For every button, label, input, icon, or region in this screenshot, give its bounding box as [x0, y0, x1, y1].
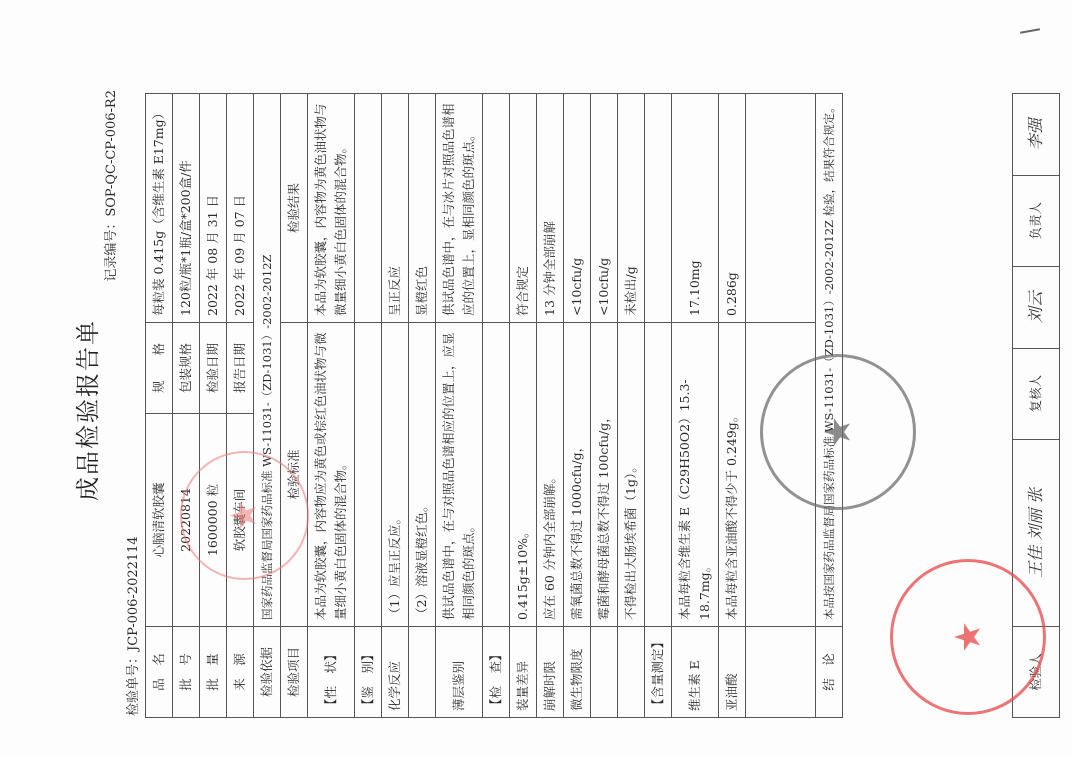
standard-microbial-3: 不得检出大肠埃希菌（1g）。: [618, 323, 645, 627]
col-header-result: 检验结果: [281, 94, 308, 323]
label-reviewer: 复核人: [1013, 348, 1060, 439]
result-vitamin-e: 17.10mg: [672, 94, 719, 323]
inspection-report-page: 成品检验报告单 记录编号：SOP-QC-CP-006-R2 检验单号：JCP-0…: [60, 90, 1060, 730]
value-batch-no: 20220814: [173, 414, 200, 627]
row-appearance: 【性 状】 本品为软胶囊，内容物应为黄色或棕红色油状物与微量细小黄白色固体的混合…: [308, 94, 355, 718]
label-batch-qty: 批 量: [200, 627, 227, 718]
result-microbial-1: <10cfu/g: [564, 94, 591, 323]
result-chem-2: 显橙红色: [409, 94, 436, 323]
row-column-headers: 检验项目 检验标准 检验结果: [281, 94, 308, 718]
label-linoleic-acid: 亚油酸: [719, 627, 746, 718]
result-chem-1: 呈正反应: [382, 94, 409, 323]
result-disintegration: 13 分钟全部崩解: [537, 94, 564, 323]
row-source: 来 源 软胶囊车间 报告日期 2022 年 09 月 07 日: [227, 94, 254, 718]
result-linoleic-acid: 0.286g: [719, 94, 746, 323]
label-microbial: 微生物限度: [564, 627, 591, 718]
label-identification: 【鉴 别】: [355, 627, 382, 718]
label-tlc: 薄层鉴别: [436, 627, 483, 718]
standard-microbial-1: 需氧菌总数不得过 1000cfu/g，: [564, 323, 591, 627]
label-vitamin-e: 维生素 E: [672, 627, 719, 718]
label-inspector: 检验人: [1013, 627, 1060, 718]
result-microbial-3: 未检出/g: [618, 94, 645, 323]
row-microbial-1: 微生物限度 需氧菌总数不得过 1000cfu/g， <10cfu/g: [564, 94, 591, 718]
row-microbial-2: 霉菌和酵母菌总数不得过 100cfu/g， <10cfu/g: [591, 94, 618, 718]
standard-chem-2: （2）溶液显橙红色。: [409, 323, 436, 627]
label-assay: 【含量测定】: [645, 627, 672, 718]
result-appearance: 本品为软胶囊，内容物为黄色油状物与微量细小黄白色固体的混合物。: [308, 94, 355, 323]
row-vitamin-e: 维生素 E 本品每粒含维生素 E（C29H50O2）15.3-18.7mg。 1…: [672, 94, 719, 718]
row-product-name: 品 名 心脑清软胶囊 规 格 每粒装 0.415g（含维生素 E17mg）: [146, 94, 173, 718]
row-assay-header: 【含量测定】: [645, 94, 672, 718]
value-product-name: 心脑清软胶囊: [146, 414, 173, 627]
standard-disintegration: 应在 60 分钟内全部崩解。: [537, 323, 564, 627]
standard-microbial-2: 霉菌和酵母菌总数不得过 100cfu/g，: [591, 323, 618, 627]
label-disintegration: 崩解时限: [537, 627, 564, 718]
value-basis: 国家药品监督局国家药品标准 WS-11031-（ZD-1031）-2002-20…: [254, 94, 281, 627]
row-weight-variation: 装量差异 0.415g±10%。 符合规定: [510, 94, 537, 718]
signature-table: 检验人 王佳 刘丽 张 复核人 刘云 负责人 李强: [1012, 93, 1060, 718]
row-signatures: 检验人 王佳 刘丽 张 复核人 刘云 负责人 李强: [1013, 94, 1060, 718]
result-microbial-2: <10cfu/g: [591, 94, 618, 323]
value-conclusion: 本品按国家药品监督局国家药品标准 WS-11031-（ZD-1031）-2002…: [816, 94, 843, 627]
row-linoleic-acid: 亚油酸 本品每粒含亚油酸不得少于 0.249g。 0.286g: [719, 94, 746, 718]
col-header-standard: 检验标准: [281, 323, 308, 627]
label-product-name: 品 名: [146, 627, 173, 718]
label-responsible: 负责人: [1013, 175, 1060, 266]
report-table: 品 名 心脑清软胶囊 规 格 每粒装 0.415g（含维生素 E17mg） 批 …: [145, 93, 843, 718]
signature-reviewer: 刘云: [1013, 266, 1060, 348]
result-tlc: 供试品色谱中，在与冰片对照品色谱相应的位置上，显相同颜色的斑点。: [436, 94, 483, 323]
label-report-date: 报告日期: [227, 323, 254, 414]
row-batch-qty: 批 量 1600000 粒 检验日期 2022 年 08 月 31 日: [200, 94, 227, 718]
value-batch-qty: 1600000 粒: [200, 414, 227, 627]
value-source: 软胶囊车间: [227, 414, 254, 627]
row-batch-no: 批 号 20220814 包装规格 120粒/瓶*1瓶/盒*200盒/件: [173, 94, 200, 718]
inspection-number: 检验单号：JCP-006-2022114: [122, 536, 141, 716]
label-appearance: 【性 状】: [308, 627, 355, 718]
standard-appearance: 本品为软胶囊，内容物应为黄色或棕红色油状物与微量细小黄白色固体的混合物。: [308, 323, 355, 627]
label-weight-variation: 装量差异: [510, 627, 537, 718]
report-title: 成品检验报告单: [68, 90, 103, 730]
standard-weight-variation: 0.415g±10%。: [510, 323, 537, 627]
star-icon: ★: [948, 621, 989, 653]
result-weight-variation: 符合规定: [510, 94, 537, 323]
row-conclusion: 结 论 本品按国家药品监督局国家药品标准 WS-11031-（ZD-1031）-…: [816, 94, 843, 718]
label-spec: 规 格: [146, 323, 173, 414]
label-conclusion: 结 论: [816, 627, 843, 718]
label-basis: 检验依据: [254, 627, 281, 718]
row-tlc: 薄层鉴别 供试品色谱中，在与对照品色谱相应的位置上，应显相同颜色的斑点。 供试品…: [436, 94, 483, 718]
record-number: 记录编号：SOP-QC-CP-006-R2: [100, 90, 119, 282]
row-chem-reaction-2: （2）溶液显橙红色。 显橙红色: [409, 94, 436, 718]
col-header-item: 检验项目: [281, 627, 308, 718]
signature-inspector: 王佳 刘丽 张: [1013, 439, 1060, 626]
label-chem-reaction: 化学反应: [382, 627, 409, 718]
label-batch-no: 批 号: [173, 627, 200, 718]
standard-linoleic-acid: 本品每粒含亚油酸不得少于 0.249g。: [719, 323, 746, 627]
standard-vitamin-e: 本品每粒含维生素 E（C29H50O2）15.3-18.7mg。: [672, 323, 719, 627]
row-basis: 检验依据 国家药品监督局国家药品标准 WS-11031-（ZD-1031）-20…: [254, 94, 281, 718]
row-disintegration: 崩解时限 应在 60 分钟内全部崩解。 13 分钟全部崩解: [537, 94, 564, 718]
value-test-date: 2022 年 08 月 31 日: [200, 94, 227, 323]
signature-responsible: 李强: [1013, 94, 1060, 176]
row-checks-header: 【检 查】: [483, 94, 510, 718]
label-test-date: 检验日期: [200, 323, 227, 414]
row-chem-reaction-1: 化学反应 （1）应呈正反应。 呈正反应: [382, 94, 409, 718]
value-packing: 120粒/瓶*1瓶/盒*200盒/件: [173, 94, 200, 323]
standard-chem-1: （1）应呈正反应。: [382, 323, 409, 627]
value-report-date: 2022 年 09 月 07 日: [227, 94, 254, 323]
scan-mark: [1020, 28, 1040, 33]
label-source: 来 源: [227, 627, 254, 718]
label-checks: 【检 查】: [483, 627, 510, 718]
row-identification-header: 【鉴 别】: [355, 94, 382, 718]
row-microbial-3: 不得检出大肠埃希菌（1g）。 未检出/g: [618, 94, 645, 718]
value-spec: 每粒装 0.415g（含维生素 E17mg）: [146, 94, 173, 323]
standard-tlc: 供试品色谱中，在与对照品色谱相应的位置上，应显相同颜色的斑点。: [436, 323, 483, 627]
label-packing: 包装规格: [173, 323, 200, 414]
